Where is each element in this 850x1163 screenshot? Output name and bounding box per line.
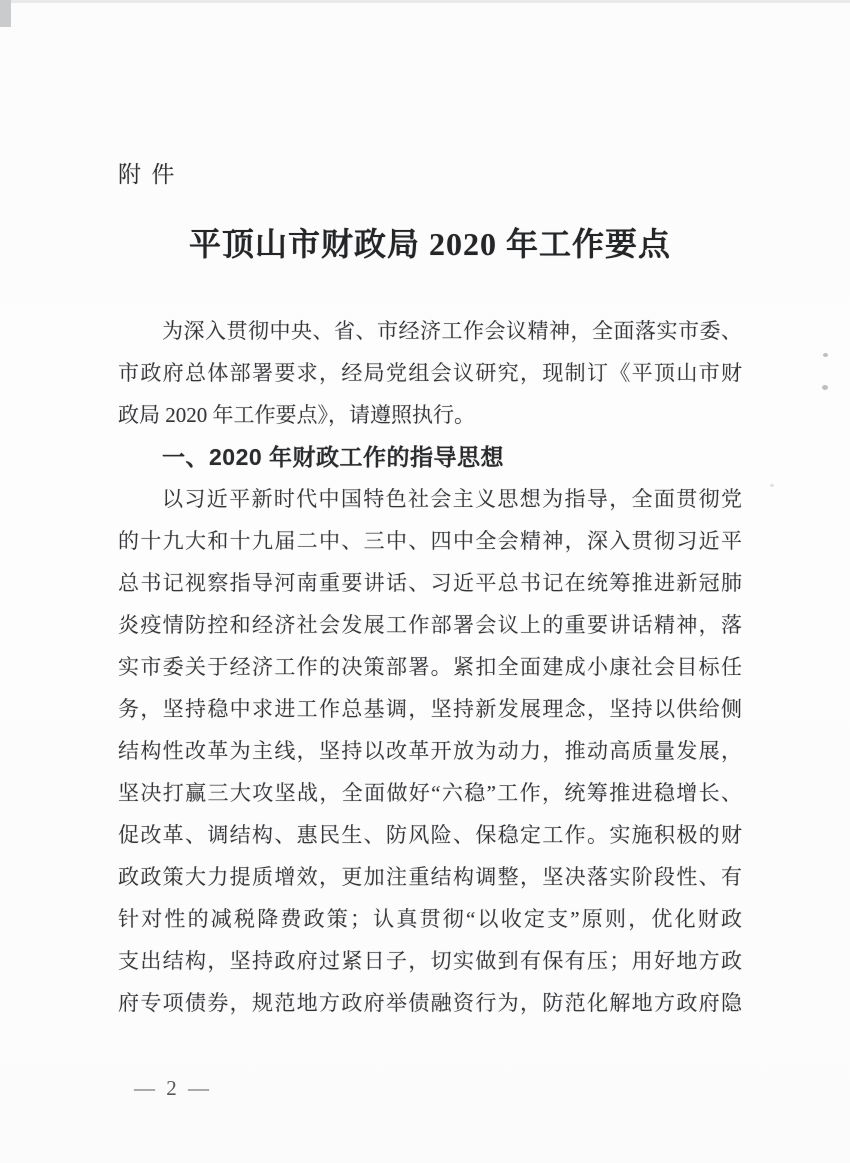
document-title: 平顶山市财政局 2020 年工作要点	[118, 222, 742, 266]
scan-corner-artifact	[0, 0, 11, 27]
body-paragraph: 以习近平新时代中国特色社会主义思想为指导，全面贯彻党的十九大和十九届二中、三中、…	[118, 478, 742, 1024]
text-line: 府专项债券，规范地方政府举债融资行为，防范化解地方政府隐	[118, 982, 742, 1024]
attachment-label: 附 件	[118, 160, 176, 188]
document-body: 为深入贯彻中央、省、市经济工作会议精神，全面落实市委、市政府总体部署要求，经局党…	[118, 310, 742, 1024]
text-line: 结构性改革为主线，坚持以改革开放为动力，推动高质量发展，	[118, 730, 742, 772]
text-line: 支出结构，坚持政府过紧日子，切实做到有保有压；用好地方政	[118, 940, 742, 982]
text-line: 政局 2020 年工作要点》，请遵照执行。	[118, 394, 742, 436]
text-line: 实市委关于经济工作的决策部署。紧扣全面建成小康社会目标任	[118, 646, 742, 688]
text-line: 促改革、调结构、惠民生、防风险、保稳定工作。实施积极的财	[118, 814, 742, 856]
scan-speckle	[770, 484, 774, 487]
text-line: 务，坚持稳中求进工作总基调，坚持新发展理念，坚持以供给侧	[118, 688, 742, 730]
scanned-document-page: 附 件 平顶山市财政局 2020 年工作要点 为深入贯彻中央、省、市经济工作会议…	[0, 0, 850, 1163]
text-line: 针对性的减税降费政策；认真贯彻“以收定支”原则，优化财政	[118, 898, 742, 940]
text-line: 为深入贯彻中央、省、市经济工作会议精神，全面落实市委、	[118, 310, 742, 352]
scan-edge-artifact	[0, 0, 850, 3]
text-line: 的十九大和十九届二中、三中、四中全会精神，深入贯彻习近平	[118, 520, 742, 562]
scan-speckle	[823, 353, 828, 357]
text-line: 坚决打赢三大攻坚战，全面做好“六稳”工作，统筹推进稳增长、	[118, 772, 742, 814]
section-heading: 一、2020 年财政工作的指导思想	[118, 436, 742, 478]
intro-paragraph: 为深入贯彻中央、省、市经济工作会议精神，全面落实市委、市政府总体部署要求，经局党…	[118, 310, 742, 436]
text-line: 政政策大力提质增效，更加注重结构调整，坚决落实阶段性、有	[118, 856, 742, 898]
page-number: — 2 —	[134, 1076, 212, 1101]
scan-speckle	[822, 385, 828, 390]
text-line: 以习近平新时代中国特色社会主义思想为指导，全面贯彻党	[118, 478, 742, 520]
text-line: 市政府总体部署要求，经局党组会议研究，现制订《平顶山市财	[118, 352, 742, 394]
text-line: 炎疫情防控和经济社会发展工作部署会议上的重要讲话精神，落	[118, 604, 742, 646]
text-line: 总书记视察指导河南重要讲话、习近平总书记在统筹推进新冠肺	[118, 562, 742, 604]
